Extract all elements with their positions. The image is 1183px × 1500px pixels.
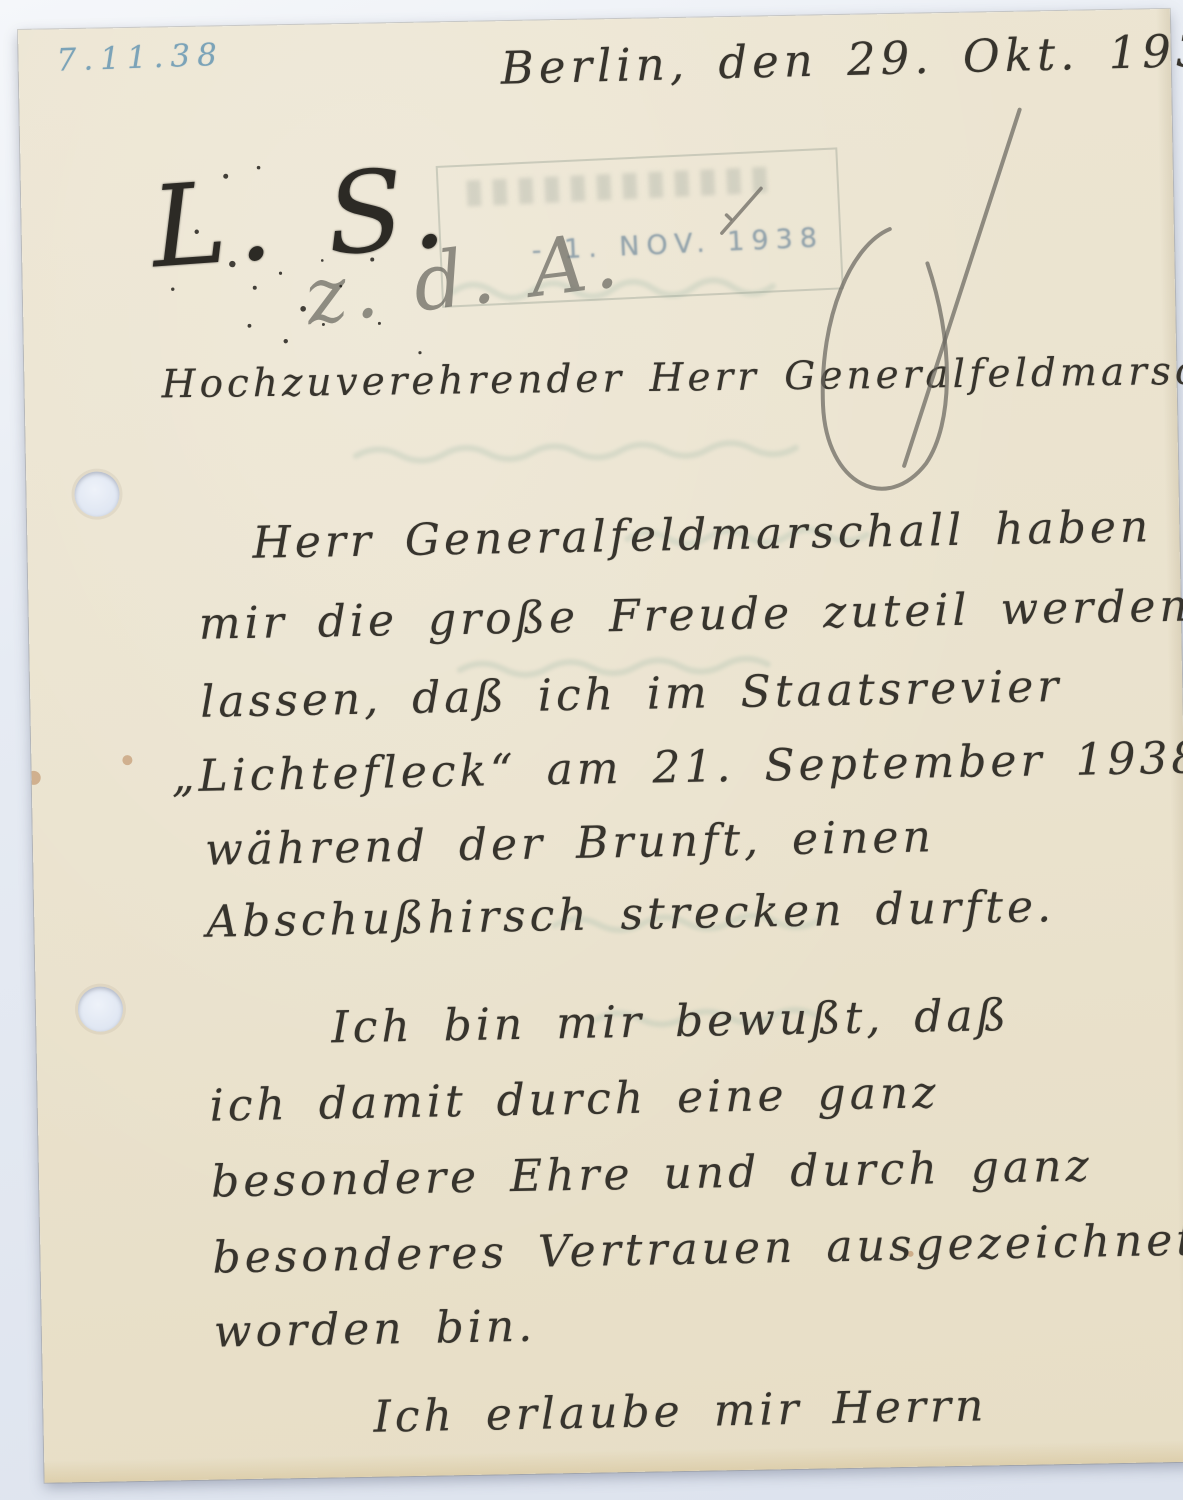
body-line: besonderes Vertrauen ausgezeichnet — [212, 1215, 1183, 1284]
body-line: worden bin. — [213, 1301, 536, 1358]
body-line: besondere Ehre und durch ganz — [211, 1141, 1093, 1208]
scanned-letter-scene: 7.11.38 Berlin, den 29. Okt. 1938 - 1. N… — [0, 0, 1183, 1500]
salutation-line: Hochzuverehrender Herr Generalfeldmarsch… — [161, 347, 1183, 407]
body-line: „Lichtefleck“ am 21. September 1938 — [171, 732, 1183, 802]
letter-page: 7.11.38 Berlin, den 29. Okt. 1938 - 1. N… — [18, 9, 1183, 1483]
closing-line: Ich erlaube mir Herrn — [373, 1380, 988, 1442]
body-line: während der Brunft, einen — [205, 811, 936, 875]
body-line: Herr Generalfeldmarschall haben — [252, 501, 1153, 568]
punch-hole-bottom — [78, 986, 124, 1032]
stamp-illegible-line — [466, 167, 767, 207]
body-line: Ich bin mir bewußt, daß — [331, 990, 1011, 1053]
archival-date-note: 7.11.38 — [56, 37, 225, 79]
body-line: lassen, daß ich im Staatsrevier — [200, 661, 1063, 728]
body-line: mir die große Freude zuteil werden — [198, 581, 1183, 650]
punch-hole-top — [74, 471, 120, 517]
dateline: Berlin, den 29. Okt. 1938 — [500, 23, 1183, 95]
body-line: Abschußhirsch strecken durfte. — [206, 881, 1056, 948]
body-line: ich damit durch eine ganz — [209, 1067, 940, 1131]
